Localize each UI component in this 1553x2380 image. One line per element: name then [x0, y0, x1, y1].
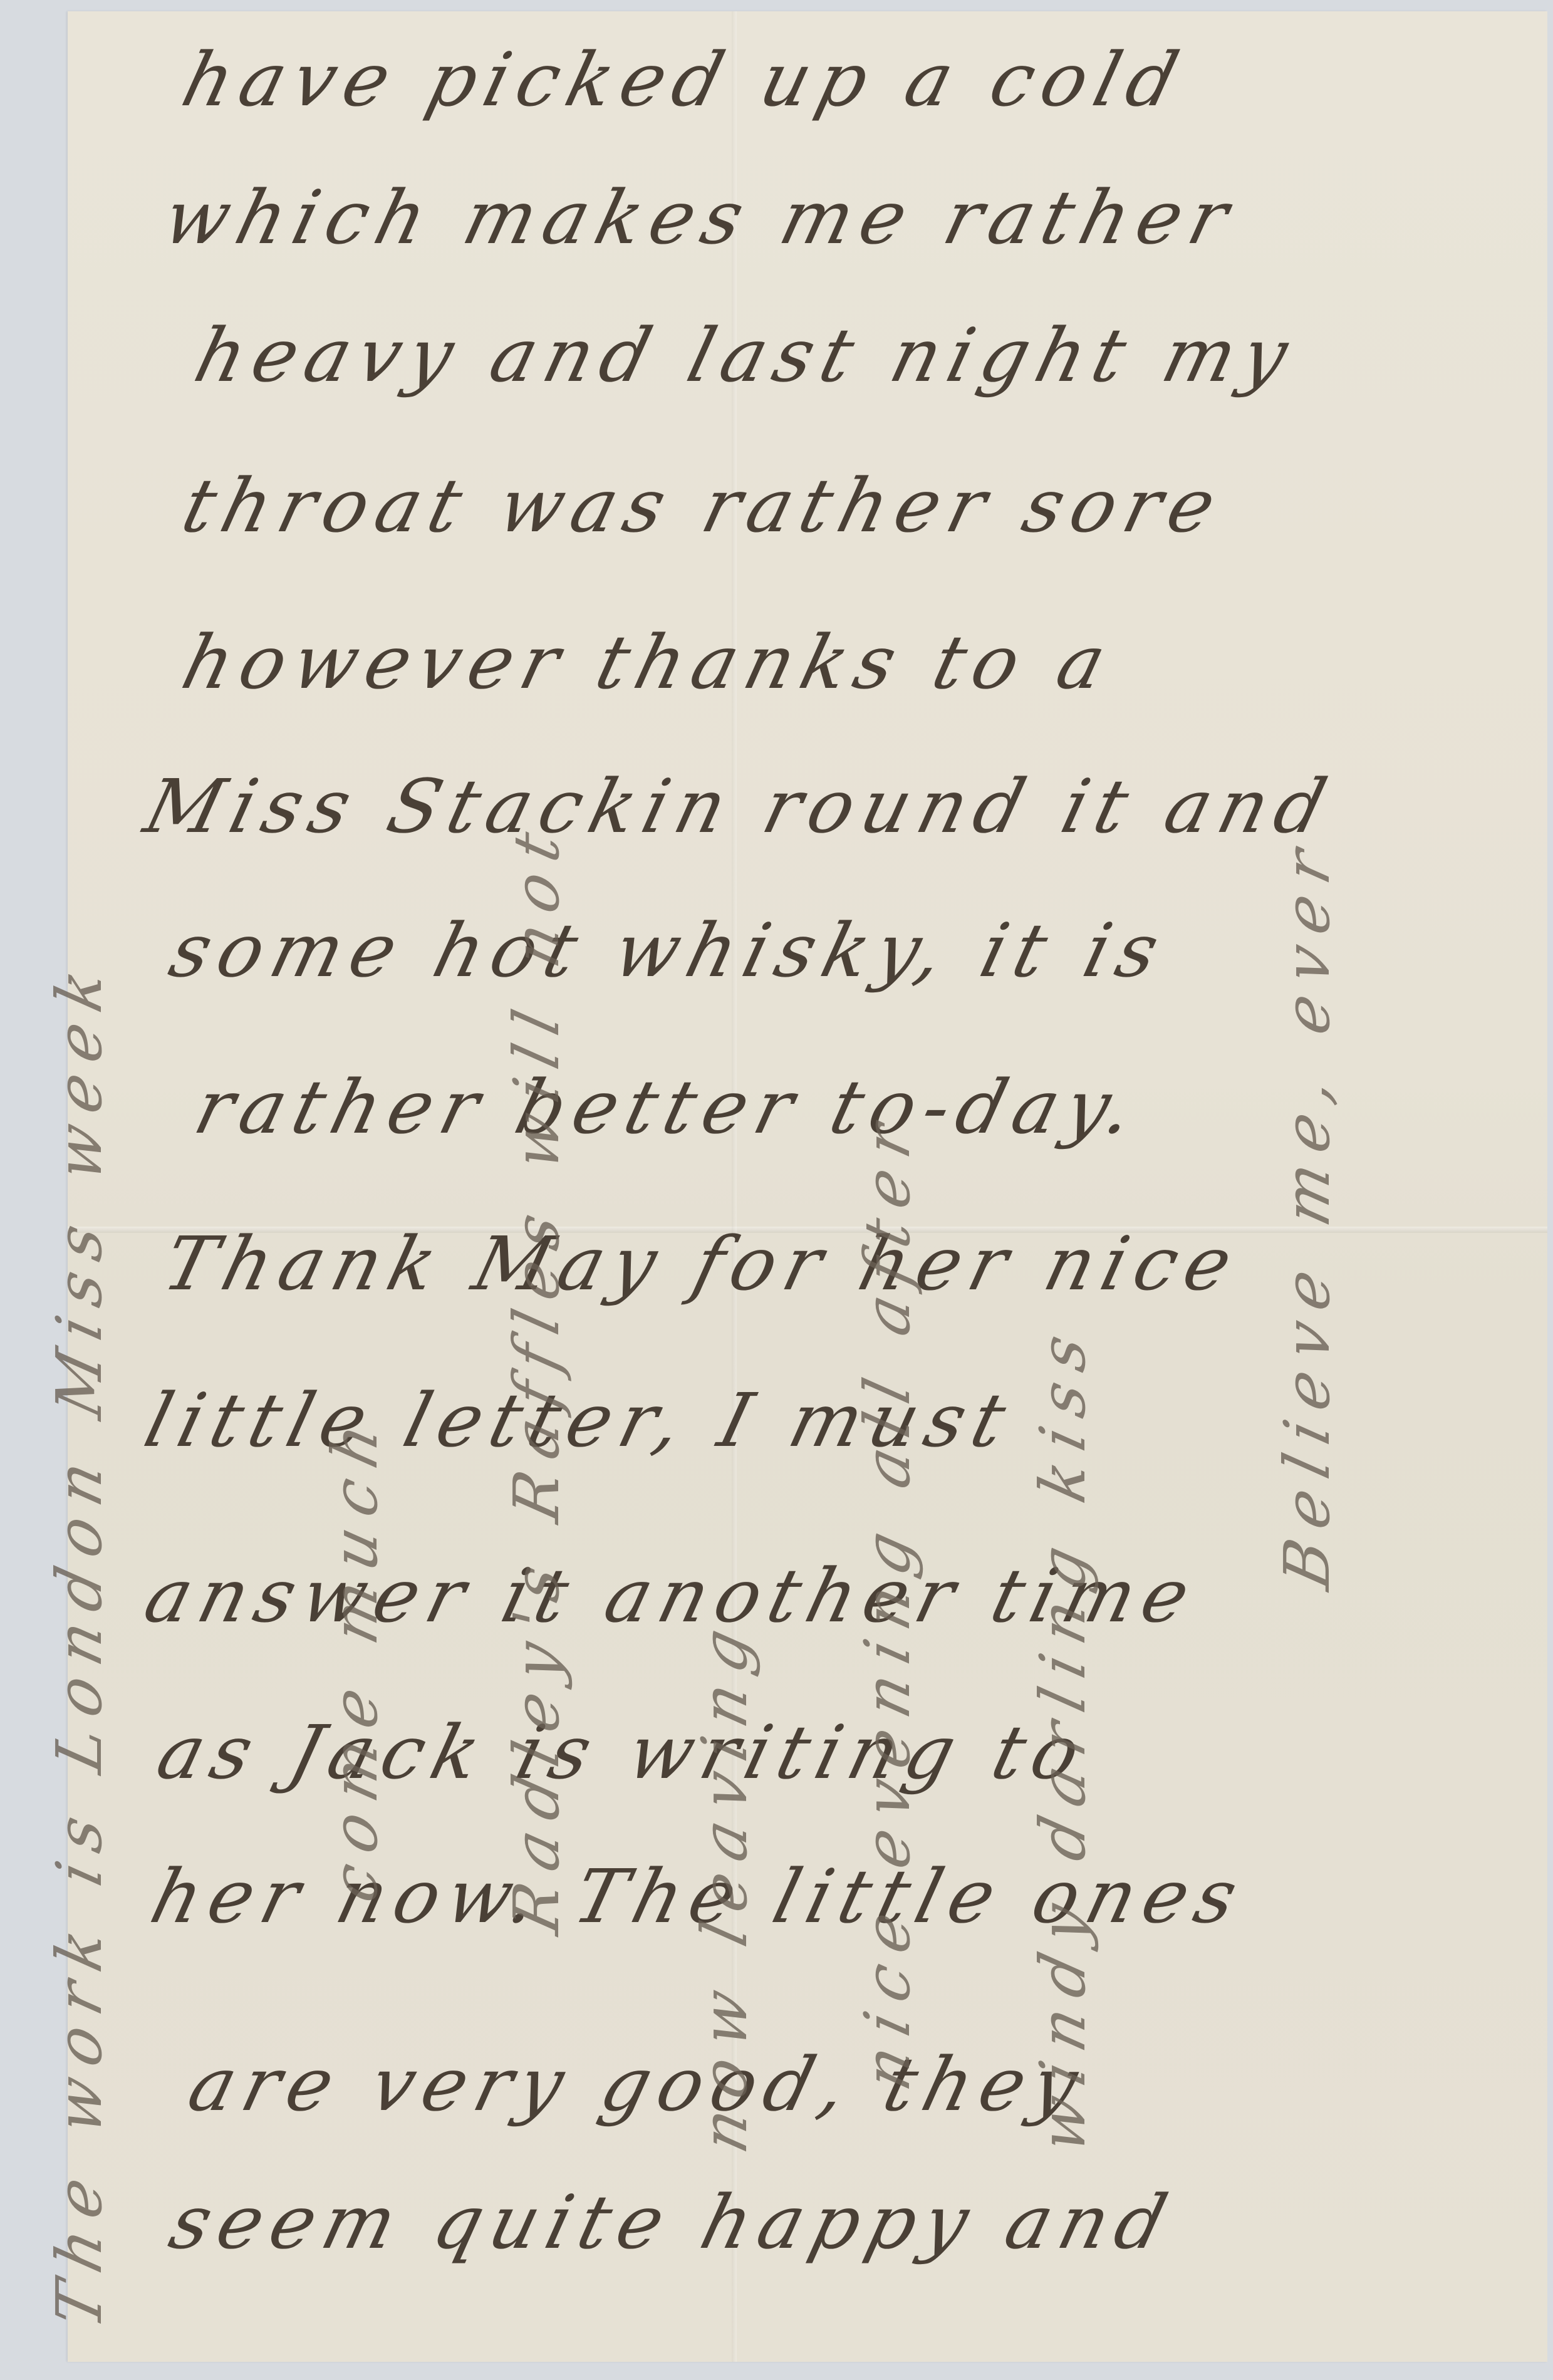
letter-line-9: Thank May for her nice: [155, 1220, 1249, 1307]
letter-line-5: however thanks to a: [174, 619, 1123, 705]
letter-line-8: rather better to-day.: [187, 1064, 1151, 1150]
letter-line-3: heavy and last night my: [187, 312, 1305, 398]
letter-line-12: as Jack is writing to: [149, 1709, 1097, 1795]
letter-page: have picked up a cold which makes me rat…: [68, 11, 1547, 2362]
cross-line-6: windy darling kiss: [1026, 1314, 1099, 2159]
letter-line-15: seem quite happy and: [162, 2179, 1184, 2265]
cross-line-1: The work is London Miss week: [43, 948, 116, 2335]
letter-line-1: have picked up a cold: [174, 36, 1195, 123]
cross-line-3: Radley's Raffles will not: [500, 811, 573, 1940]
letter-line-4: throat was rather sore: [174, 462, 1233, 549]
letter-line-14: are very good, they: [180, 2041, 1095, 2128]
cross-line-4: now leaving: [688, 1608, 761, 2159]
letter-line-6: Miss Stackin round it and: [137, 763, 1343, 850]
letter-line-7: some hot whisky, it is: [162, 907, 1176, 994]
letter-line-2: which makes me rather: [155, 174, 1245, 261]
cross-line-2: come much: [318, 1402, 392, 1909]
cross-line-5: nice evening all after: [851, 1103, 924, 2097]
cross-line-7: Believe me, ever: [1270, 828, 1344, 1596]
